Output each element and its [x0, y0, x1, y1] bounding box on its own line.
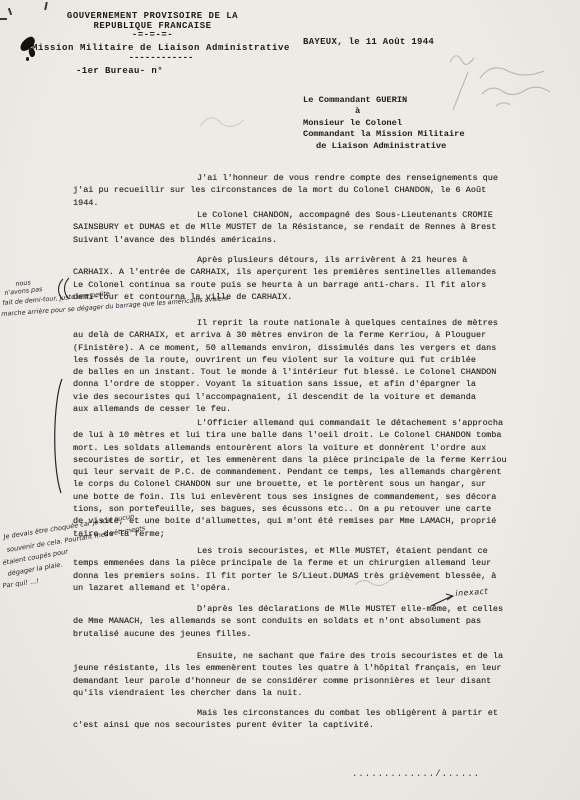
paragraph-hospital: Ensuite, ne sachant que faire des trois … — [73, 650, 523, 699]
letterhead-bureau-line: -1er Bureau- n° — [76, 66, 163, 76]
margin-double-paren — [53, 277, 73, 303]
pencil-scribble-center — [196, 104, 258, 134]
paragraph-ambush: Il reprit la route nationale à quelques … — [73, 317, 523, 415]
pencil-scribble-top-right — [438, 48, 580, 143]
letterhead-separator: ------------ — [30, 53, 292, 63]
paragraph-intro: J'ai l'honneur de vous rendre compte des… — [73, 172, 523, 209]
margin-brace — [49, 377, 65, 495]
ink-blot-dot — [26, 57, 29, 61]
paragraph-colonel-death: L'Officier allemand qui commandait le dé… — [73, 417, 523, 540]
paragraph-conclusion: Mais les circonstances du combat les obl… — [73, 707, 523, 732]
stray-pen-tick — [8, 8, 12, 15]
stray-pen-tick — [44, 2, 48, 10]
paragraph-first-aid: Les trois secouristes, et Mlle MUSTET, é… — [73, 545, 523, 594]
letterhead-mission-title: Mission Militaire de Liaison Administrat… — [30, 43, 292, 53]
paragraph-travel-party: Le Colonel CHANDON, accompagné des Sous-… — [73, 209, 523, 246]
document-page: GOUVERNEMENT PROVISOIRE DE LA REPUBLIQUE… — [0, 0, 580, 800]
place-date-line: BAYEUX, le 11 Août 1944 — [303, 37, 434, 47]
paragraph-carhaix-arrival: Après plusieurs détours, ils arrivèrent … — [73, 254, 523, 303]
margin-note-left-line5: Par qui! ...! — [2, 577, 39, 590]
stray-pen-dash — [0, 18, 7, 20]
letterhead-government-title: GOUVERNEMENT PROVISOIRE DE LA REPUBLIQUE… — [55, 12, 250, 41]
pencil-scribble-dumas — [351, 576, 423, 590]
inexact-annotation: inexact — [455, 587, 488, 598]
continuation-dots: ............./...... — [352, 769, 480, 779]
inexact-arrow — [429, 591, 459, 609]
